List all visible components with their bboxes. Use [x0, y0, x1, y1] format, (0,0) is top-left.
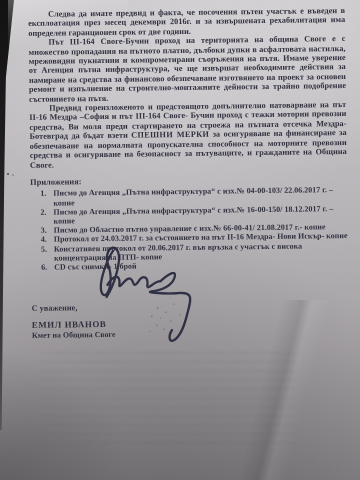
attachment-number: 2. [40, 207, 53, 216]
attachment-number: 4. [41, 235, 54, 244]
paragraph-guarantee: Следва да имате предвид и факта, че посо… [28, 6, 345, 38]
letter-content: Следва да имате предвид и факта, че посо… [0, 0, 360, 480]
attachment-number: 5. [41, 244, 54, 253]
attachment-number: 3. [41, 226, 54, 235]
handwritten-signature [61, 236, 222, 356]
attachment-number: 6. [41, 263, 54, 272]
paragraph-urgent-request: Предвид гореизложеното и предстоящото до… [29, 100, 347, 170]
document-photo: Следва да имате предвид и факта, че посо… [0, 0, 360, 480]
attachment-number: 1. [40, 189, 53, 198]
paragraph-road-condition: Път III-164 Своге-Бучин проход на терито… [28, 34, 346, 104]
urgent-measures-emphasis: СПЕШНИ МЕРКИ [131, 130, 209, 140]
paper-sheet: Следва да имате предвид и факта, че посо… [0, 0, 360, 480]
